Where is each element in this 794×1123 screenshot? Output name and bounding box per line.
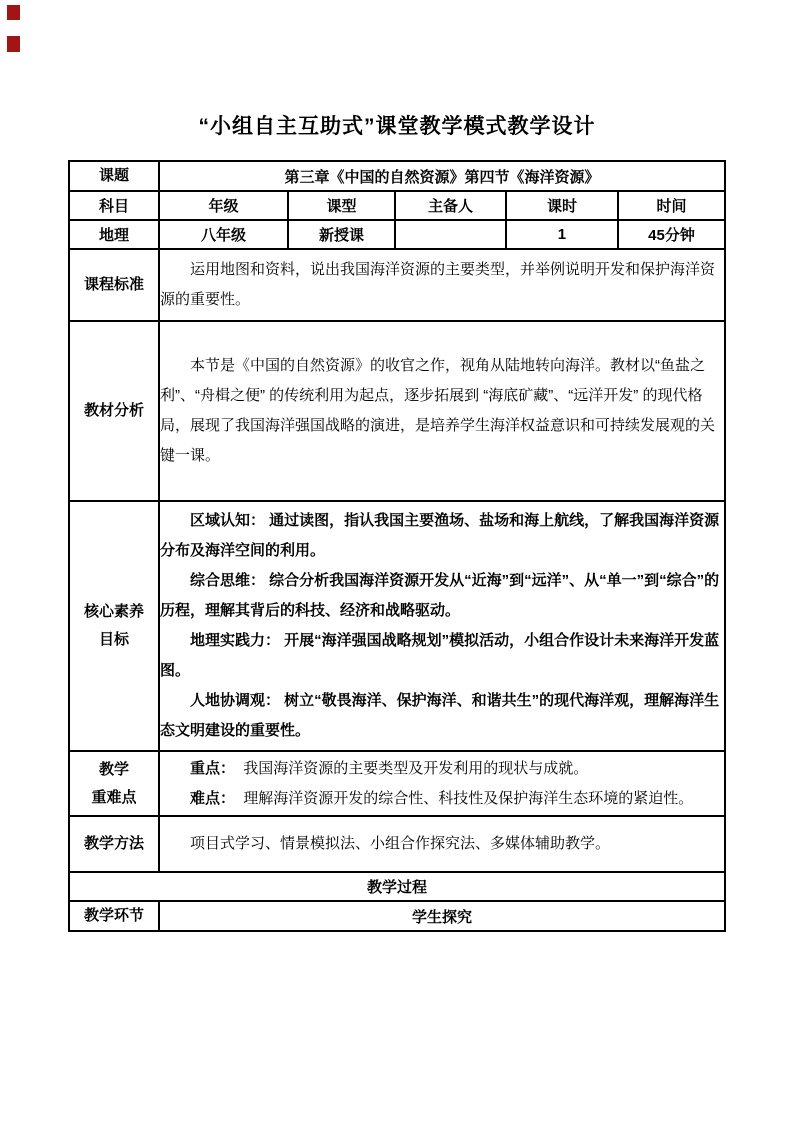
core-literacy-cell: 区域认知： 通过读图，指认我国主要渔场、盐场和海上航线，了解我国海洋资源分布及海… [159, 501, 725, 751]
stage-value: 学生探究 [159, 901, 725, 931]
document-page: “小组自主互助式”课堂教学模式教学设计 课题 第三章《中国的自然资源》第四节《海… [0, 0, 794, 1123]
header-grade: 年级 [159, 191, 288, 220]
course-standard-label: 课程标准 [69, 249, 159, 321]
value-lesson-type: 新授课 [288, 220, 395, 249]
topic-value: 第三章《中国的自然资源》第四节《海洋资源》 [159, 161, 725, 191]
value-lead-preparer [395, 220, 506, 249]
table-row-topic: 课题 第三章《中国的自然资源》第四节《海洋资源》 [69, 161, 725, 191]
teaching-method-text: 项目式学习、情景模拟法、小组合作探究法、多媒体辅助教学。 [160, 829, 724, 859]
core-literacy-label-line1: 核心素养 [70, 598, 158, 626]
value-time: 45分钟 [618, 220, 725, 249]
lesson-design-table: 课题 第三章《中国的自然资源》第四节《海洋资源》 科目 年级 课型 主备人 课时… [68, 160, 726, 932]
value-grade: 八年级 [159, 220, 288, 249]
material-analysis-cell: 本节是《中国的自然资源》的收官之作，视角从陆地转向海洋。教材以“鱼盐之利”、“舟… [159, 321, 725, 501]
key-point-text: 我国海洋资源的主要类型及开发利用的现状与成就。 [243, 760, 588, 777]
material-analysis-text: 本节是《中国的自然资源》的收官之作，视角从陆地转向海洋。教材以“鱼盐之利”、“舟… [160, 351, 724, 471]
page-title: “小组自主互助式”课堂教学模式教学设计 [0, 0, 794, 140]
table-row-process-header: 教学过程 [69, 872, 725, 901]
header-subject: 科目 [69, 191, 159, 220]
table-row-core-literacy: 核心素养 目标 区域认知： 通过读图，指认我国主要渔场、盐场和海上航线，了解我国… [69, 501, 725, 751]
stage-label: 教学环节 [69, 901, 159, 931]
header-time: 时间 [618, 191, 725, 220]
key-points-label: 教学 重难点 [69, 751, 159, 816]
difficult-point-item: 难点：理解海洋资源开发的综合性、科技性及保护海洋生态环境的紧迫性。 [160, 784, 724, 814]
red-corner-mark-bottom [7, 36, 20, 52]
core-literacy-paragraph-comprehensive-thinking: 综合思维： 综合分析我国海洋资源开发从“近海”到“远洋”、从“单一”到“综合”的… [160, 566, 724, 626]
difficult-point-text: 理解海洋资源开发的综合性、科技性及保护海洋生态环境的紧迫性。 [243, 790, 693, 807]
red-corner-mark-top [7, 5, 20, 20]
table-row-material-analysis: 教材分析 本节是《中国的自然资源》的收官之作，视角从陆地转向海洋。教材以“鱼盐之… [69, 321, 725, 501]
table-row-teaching-method: 教学方法 项目式学习、情景模拟法、小组合作探究法、多媒体辅助教学。 [69, 816, 725, 872]
teaching-method-label: 教学方法 [69, 816, 159, 872]
value-periods: 1 [506, 220, 618, 249]
key-points-label-line1: 教学 [70, 756, 158, 784]
header-lesson-type: 课型 [288, 191, 395, 220]
table-row-info-values: 地理 八年级 新授课 1 45分钟 [69, 220, 725, 249]
key-points-label-line2: 重难点 [70, 784, 158, 812]
material-analysis-label: 教材分析 [69, 321, 159, 501]
core-literacy-paragraph-human-land-coordination: 人地协调观： 树立“敬畏海洋、保护海洋、和谐共生”的现代海洋观，理解海洋生态文明… [160, 686, 724, 746]
key-point-lead: 重点： [190, 760, 235, 777]
key-points-cell: 重点：我国海洋资源的主要类型及开发利用的现状与成就。 难点：理解海洋资源开发的综… [159, 751, 725, 816]
value-subject: 地理 [69, 220, 159, 249]
table-row-info-header: 科目 年级 课型 主备人 课时 时间 [69, 191, 725, 220]
course-standard-text: 运用地图和资料，说出我国海洋资源的主要类型，并举例说明开发和保护海洋资源的重要性… [160, 255, 724, 315]
table-row-stage: 教学环节 学生探究 [69, 901, 725, 931]
header-lead-preparer: 主备人 [395, 191, 506, 220]
teaching-method-cell: 项目式学习、情景模拟法、小组合作探究法、多媒体辅助教学。 [159, 816, 725, 872]
course-standard-cell: 运用地图和资料，说出我国海洋资源的主要类型，并举例说明开发和保护海洋资源的重要性… [159, 249, 725, 321]
key-point-item: 重点：我国海洋资源的主要类型及开发利用的现状与成就。 [160, 754, 724, 784]
table-row-key-points: 教学 重难点 重点：我国海洋资源的主要类型及开发利用的现状与成就。 难点：理解海… [69, 751, 725, 816]
core-literacy-paragraph-regional-cognition: 区域认知： 通过读图，指认我国主要渔场、盐场和海上航线，了解我国海洋资源分布及海… [160, 506, 724, 566]
topic-label: 课题 [69, 161, 159, 191]
process-header: 教学过程 [69, 872, 725, 901]
table-row-course-standard: 课程标准 运用地图和资料，说出我国海洋资源的主要类型，并举例说明开发和保护海洋资… [69, 249, 725, 321]
core-literacy-paragraph-geographic-practice: 地理实践力： 开展“海洋强国战略规划”模拟活动，小组合作设计未来海洋开发蓝图。 [160, 626, 724, 686]
header-periods: 课时 [506, 191, 618, 220]
difficult-point-lead: 难点： [190, 790, 235, 807]
core-literacy-label: 核心素养 目标 [69, 501, 159, 751]
core-literacy-label-line2: 目标 [70, 626, 158, 654]
